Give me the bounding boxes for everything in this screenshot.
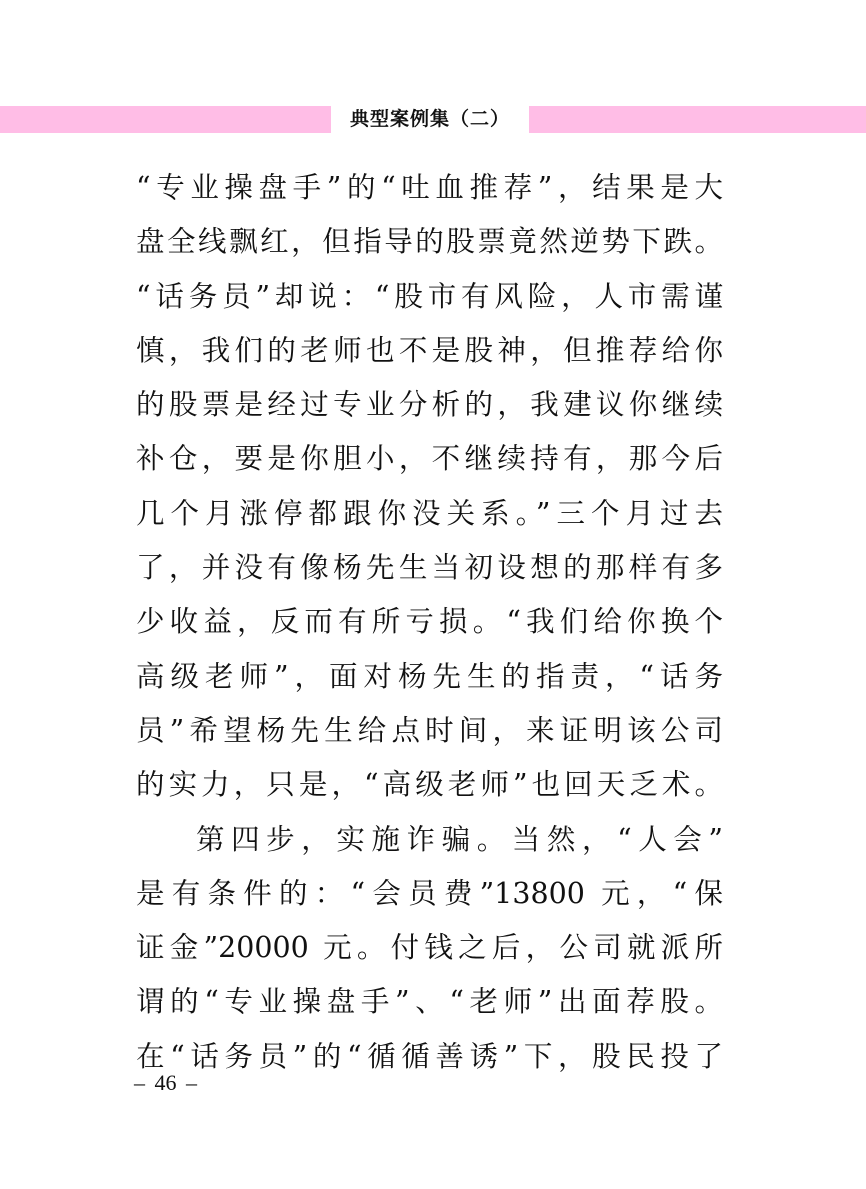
text-line: “话务员”却说：“股市有风险，人市需谨	[136, 275, 723, 329]
text-line: 高级老师”，面对杨先生的指责，“话务	[136, 655, 723, 709]
text-line: 少收益，反而有所亏损。“我们给你换个	[136, 600, 723, 654]
page-number: – 46 –	[134, 1070, 197, 1096]
text-line: 慎，我们的老师也不是股神，但推荐给你	[136, 329, 723, 383]
text-line: 了，并没有像杨先生当初设想的那样有多	[136, 546, 723, 600]
text-line: 补仓，要是你胆小，不继续持有，那今后	[136, 437, 723, 491]
text-line: “专业操盘手”的“吐血推荐”，结果是大	[136, 166, 723, 220]
header-bar-left	[0, 106, 331, 133]
text-line: 几个月涨停都跟你没关系。”三个月过去	[136, 492, 723, 546]
running-header-title: 典型案例集（二）	[331, 106, 529, 133]
header-bar-right	[529, 106, 866, 133]
text-line: 在“话务员”的“循循善诱”下，股民投了	[136, 1035, 723, 1089]
text-line: 盘全线飘红，但指导的股票竟然逆势下跌。	[136, 220, 723, 274]
paragraph-start-line: 第四步，实施诈骗。当然，“人会”	[136, 818, 723, 872]
text-line: 谓的“专业操盘手”、“老师”出面荐股。	[136, 980, 723, 1034]
body-text: “专业操盘手”的“吐血推荐”，结果是大 盘全线飘红，但指导的股票竟然逆势下跌。 …	[136, 166, 723, 1089]
text-line: 证金”20000 元。付钱之后，公司就派所	[136, 926, 723, 980]
text-line: 的股票是经过专业分析的，我建议你继续	[136, 383, 723, 437]
text-line: 是有条件的：“会员费”13800 元，“保	[136, 872, 723, 926]
text-line: 员”希望杨先生给点时间，来证明该公司	[136, 709, 723, 763]
text-line: 的实力，只是，“高级老师”也回天乏术。	[136, 763, 723, 817]
